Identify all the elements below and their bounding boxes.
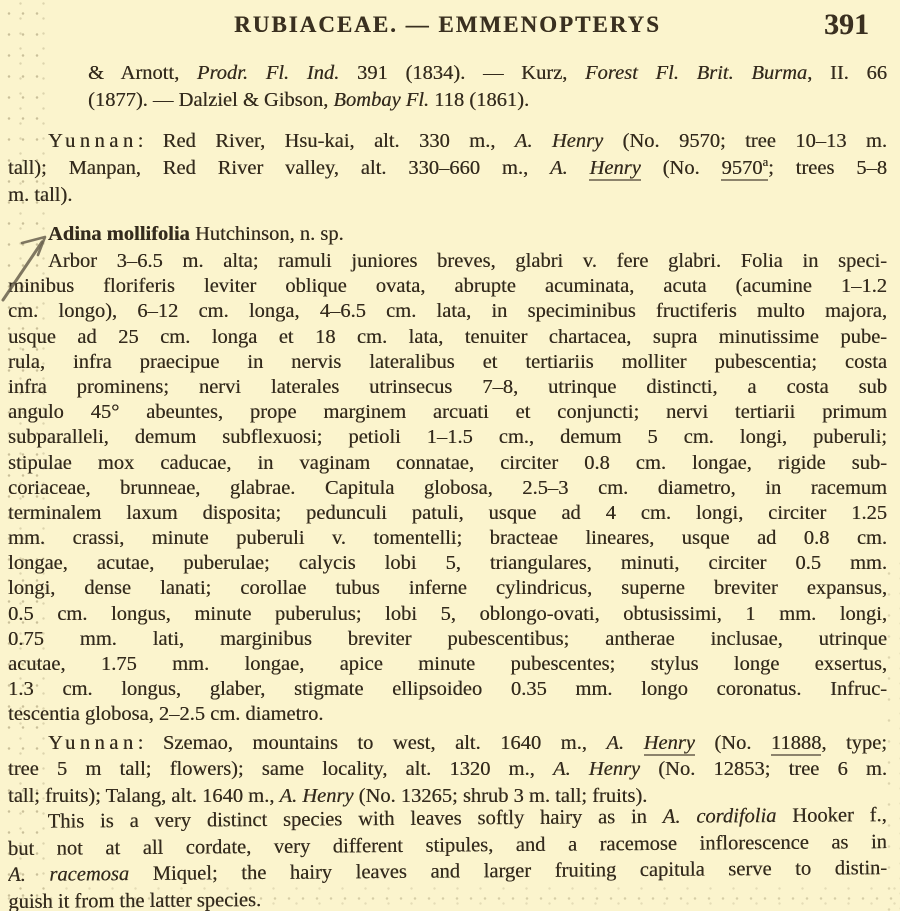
paragraph-latin-description: Arbor 3–6.5 m. alta; ramuli juniores bre… [8,249,887,728]
text-line: rula, infra praecipue in nervis laterali… [8,350,887,375]
paragraph-locality2: Yunnan: Szemao, mountains to west, alt. … [8,730,887,810]
text-line: tall); Manpan, Red River valley, alt. 33… [8,155,887,182]
pencil-arrow-icon [0,226,54,306]
text-line: usque ad 25 cm. longa et 18 cm. lata, te… [8,325,887,350]
text-line: minibus floriferis leviter oblique ovata… [8,274,887,299]
text-line: & Arnott, Prodr. Fl. Ind. 391 (1834). — … [88,60,887,87]
text-line: Adina mollifolia Hutchinson, n. sp. [8,221,887,248]
text-line: Yunnan: Red River, Hsu-kai, alt. 330 m.,… [8,128,887,155]
text-line: terminalem laxum disposita; pedunculi pa… [8,501,887,526]
text-line: tree 5 m tall; flowers); same locality, … [8,756,887,783]
text-line: infra prominens; nervi laterales utrinse… [8,375,887,400]
scanned-page: RUBIACEAE. — EMMENOPTERYS 391 & Arnott, … [0,0,900,911]
text-line: Arbor 3–6.5 m. alta; ramuli juniores bre… [8,249,887,274]
text-line: Yunnan: Szemao, mountains to west, alt. … [8,730,887,757]
text-line: (1877). — Dalziel & Gibson, Bombay Fl. 1… [88,87,887,114]
text-line: m. tall). [8,182,887,209]
page-body: & Arnott, Prodr. Fl. Ind. 391 (1834). — … [8,60,887,911]
text-line: cm. longo), 6–12 cm. longa, 4–6.5 cm. la… [8,299,887,324]
text-line: longae, acutae, puberulae; calycis lobi … [8,551,887,576]
text-line: subparalleli, demum subflexuosi; petioli… [8,425,887,450]
text-line: longi, dense lanati; corollae tubus infe… [8,576,887,601]
text-line: mm. crassi, minute puberuli v. tomentell… [8,526,887,551]
text-line: 0.75 mm. lati, marginibus breviter pubes… [8,627,887,652]
paragraph-discussion-note: This is a very distinct species with lea… [8,802,888,911]
paragraph-species-heading: Adina mollifolia Hutchinson, n. sp. [8,221,887,248]
text-line: tescentia globosa, 2–2.5 cm. diametro. [8,702,887,727]
text-line: 0.5 cm. longus, minute puberulus; lobi 5… [8,602,887,627]
paragraph-locality1: Yunnan: Red River, Hsu-kai, alt. 330 m.,… [8,128,887,209]
paragraph-citation: & Arnott, Prodr. Fl. Ind. 391 (1834). — … [88,60,887,114]
running-head: RUBIACEAE. — EMMENOPTERYS 391 [8,12,887,42]
text-line: stipulae mox caducae, in vaginam connata… [8,451,887,476]
text-line: coriaceae, brunneae, glabrae. Capitula g… [8,476,887,501]
text-line: angulo 45° abeuntes, prope marginem arcu… [8,400,887,425]
text-line: acutae, 1.75 mm. longae, apice minute pu… [8,652,887,677]
text-line: 1.3 cm. longus, glaber, stigmate ellipso… [8,677,887,702]
page-title: RUBIACEAE. — EMMENOPTERYS [8,12,887,38]
page-number: 391 [824,8,869,42]
